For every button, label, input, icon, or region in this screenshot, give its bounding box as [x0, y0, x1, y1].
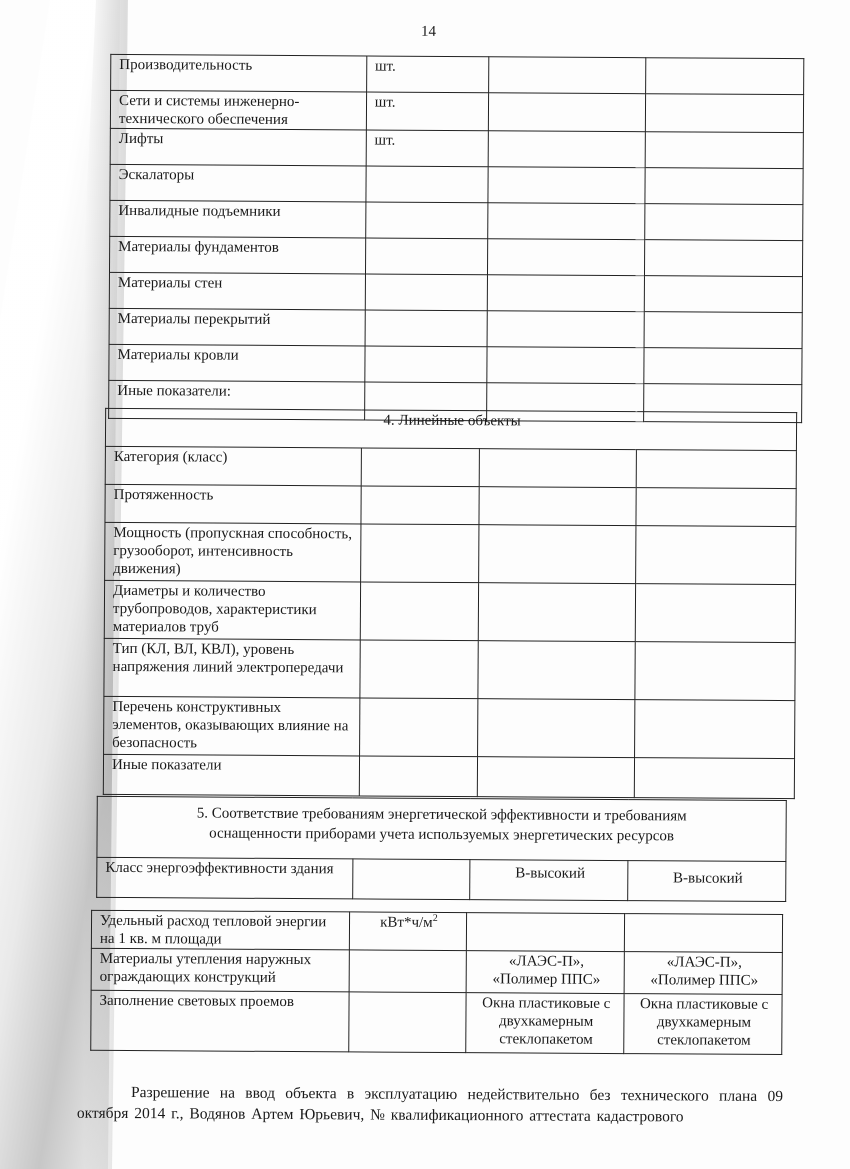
- row-value-1: [488, 131, 646, 168]
- row-unit: [365, 238, 487, 275]
- row-label: Сети и системы инженерно-технического об…: [110, 90, 366, 130]
- row-unit: [365, 274, 487, 311]
- table-row: Материалы перекрытий: [109, 308, 802, 348]
- row-value-1: [477, 757, 635, 798]
- row-value-1: [486, 347, 644, 384]
- row-label: Иные показатели: [103, 754, 359, 796]
- row-value-2: [645, 204, 803, 241]
- row-value-2: [624, 914, 782, 953]
- row-label: Диаметры и количество трубопроводов, хар…: [104, 580, 360, 640]
- row-value-2: [644, 312, 802, 349]
- row-label: Материалы утепления наружных ограждающих…: [91, 948, 349, 992]
- row-unit: [348, 992, 466, 1053]
- row-value-1: [477, 699, 635, 758]
- section-header-row: 5. Соответствие требованиям энергетическ…: [97, 796, 786, 861]
- row-value-2: [636, 450, 796, 489]
- row-value-1: Окна пластиковые с двухкамерным стеклопа…: [466, 993, 624, 1054]
- section5-details-table: Удельный расход тепловой энергии на 1 кв…: [90, 910, 783, 1055]
- unit-superscript: 2: [433, 913, 438, 924]
- footer-paragraph: Разрешение на ввод объекта в эксплуатаци…: [77, 1081, 783, 1127]
- row-unit: [365, 346, 487, 383]
- row-unit: шт.: [366, 56, 488, 93]
- row-unit: [366, 166, 488, 203]
- row-value-1: [487, 275, 645, 312]
- table-row: Диаметры и количество трубопроводов, хар…: [104, 580, 795, 642]
- row-unit: [349, 950, 467, 993]
- row-value-2: В-высокий: [628, 861, 786, 902]
- row-value-1: «ЛАЭС-П», «Полимер ППС»: [466, 951, 624, 994]
- table-row: Категория (класс): [105, 446, 796, 488]
- row-label: Заполнение световых проемов: [91, 990, 349, 1052]
- row-unit: шт.: [366, 130, 488, 167]
- row-label: Удельный расход тепловой энергии на 1 кв…: [91, 910, 349, 950]
- page-number: 14: [3, 21, 850, 43]
- document-sheet: 14 Производительность шт. Сети и системы…: [0, 0, 850, 1169]
- row-label: Материалы стен: [109, 272, 365, 310]
- row-unit: шт.: [366, 92, 488, 131]
- row-label: Материалы кровли: [109, 344, 365, 382]
- row-unit: [352, 859, 470, 900]
- row-value-2: [645, 132, 803, 169]
- section5-table: 5. Соответствие требованиям энергетическ…: [96, 796, 787, 902]
- row-value-1: [488, 93, 646, 132]
- row-label: Класс энергоэффективности здания: [97, 857, 353, 899]
- row-unit: [360, 582, 478, 641]
- row-value-2: [646, 58, 804, 95]
- row-value-2: [646, 94, 804, 133]
- table-row: Производительность шт.: [111, 54, 804, 94]
- row-value-1: [488, 57, 646, 94]
- unit-text: кВт*ч/м: [380, 915, 433, 931]
- row-value-2: [645, 276, 803, 313]
- table-row: Материалы стен: [109, 272, 802, 312]
- row-value-2: [635, 642, 795, 701]
- row-label: Инвалидные подъемники: [110, 200, 366, 238]
- row-value-1: [487, 203, 645, 240]
- row-unit: кВт*ч/м2: [349, 912, 467, 951]
- row-value-2: [635, 700, 795, 759]
- table-row: Сети и системы инженерно-технического об…: [110, 90, 803, 132]
- row-label: Производительность: [111, 54, 367, 92]
- table-row: Материалы утепления наружных ограждающих…: [91, 948, 782, 994]
- row-value-1: [488, 167, 646, 204]
- row-label: Тип (КЛ, ВЛ, КВЛ), уровень напряжения ли…: [104, 638, 360, 698]
- row-label: Материалы перекрытий: [109, 308, 365, 346]
- row-value-2: [636, 526, 796, 585]
- table-row: Материалы кровли: [109, 344, 802, 384]
- row-value-1: [487, 311, 645, 348]
- table-row: Перечень конструктивных элементов, оказы…: [104, 696, 795, 758]
- row-unit: [360, 524, 478, 583]
- row-label: Перечень конструктивных элементов, оказы…: [104, 696, 360, 756]
- section-header-row: 4. Линейные объекты: [105, 408, 796, 450]
- row-unit: [365, 202, 487, 239]
- row-unit: [361, 486, 479, 525]
- row-value-1: [467, 913, 625, 952]
- table-row: Класс энергоэффективности здания В-высок…: [97, 857, 786, 901]
- row-unit: [365, 310, 487, 347]
- table-row: Удельный расход тепловой энергии на 1 кв…: [91, 910, 782, 952]
- section5-title: 5. Соответствие требованиям энергетическ…: [97, 796, 786, 861]
- row-value-1: [487, 239, 645, 276]
- row-label: Лифты: [110, 128, 366, 166]
- row-unit: [359, 756, 477, 797]
- document-page: 14 Производительность шт. Сети и системы…: [0, 0, 850, 1169]
- table-row: Материалы фундаментов: [109, 236, 802, 276]
- row-label: Материалы фундаментов: [109, 236, 365, 274]
- row-label: Категория (класс): [105, 446, 361, 486]
- table-row: Иные показатели: [103, 754, 794, 798]
- row-value-1: [477, 641, 635, 700]
- row-value-2: [645, 168, 803, 205]
- row-label: Протяженность: [105, 484, 361, 524]
- section4-table: 4. Линейные объекты Категория (класс) Пр…: [103, 408, 797, 799]
- section4-title: 4. Линейные объекты: [105, 408, 796, 450]
- section3-table: Производительность шт. Сети и системы ин…: [108, 54, 804, 423]
- row-label: Мощность (пропускная способность, грузоо…: [105, 522, 361, 582]
- table-row: Лифты шт.: [110, 128, 803, 168]
- row-unit: [360, 640, 478, 699]
- row-value-1: [479, 449, 637, 488]
- table-row: Тип (КЛ, ВЛ, КВЛ), уровень напряжения ли…: [104, 638, 795, 700]
- table-row: Эскалаторы: [110, 164, 803, 204]
- row-value-1: [478, 487, 636, 526]
- table-row: Заполнение световых проемов Окна пластик…: [91, 990, 782, 1054]
- table-row: Мощность (пропускная способность, грузоо…: [105, 522, 796, 584]
- row-label: Эскалаторы: [110, 164, 366, 202]
- row-unit: [359, 698, 477, 757]
- row-value-2: [636, 488, 796, 527]
- row-value-2: [644, 348, 802, 385]
- row-value-2: Окна пластиковые с двухкамерным стеклопа…: [624, 994, 782, 1055]
- table-row: Инвалидные подъемники: [110, 200, 803, 240]
- table-row: Протяженность: [105, 484, 796, 526]
- row-value-1: [478, 525, 636, 584]
- row-value-2: [645, 240, 803, 277]
- row-value-1: [478, 583, 636, 642]
- row-value-2: [635, 584, 795, 643]
- row-unit: [361, 448, 479, 487]
- row-value-2: «ЛАЭС-П», «Полимер ППС»: [624, 952, 782, 995]
- row-value-2: [635, 758, 795, 799]
- row-value-1: В-высокий: [470, 860, 628, 901]
